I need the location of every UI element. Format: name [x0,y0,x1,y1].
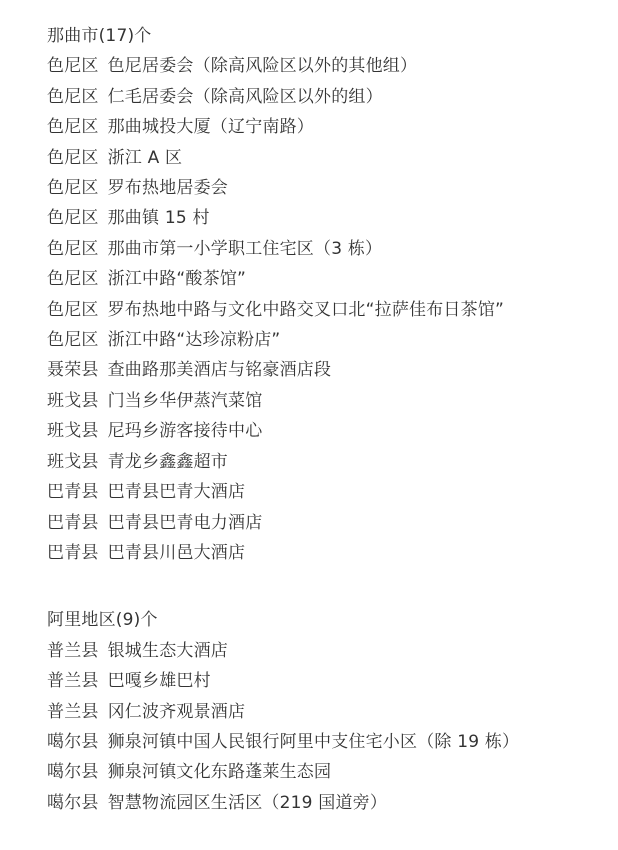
list-item: 色尼区那曲市第一小学职工住宅区（3 栋） [47,234,598,264]
location-list-ali: 普兰县银城生态大酒店普兰县巴嘎乡雄巴村普兰县冈仁波齐观景酒店噶尔县狮泉河镇中国人… [47,636,598,818]
list-item: 普兰县冈仁波齐观景酒店 [47,697,598,727]
place-label: 门当乡华伊蒸汽菜馆 [108,391,263,411]
section-naqu: 那曲市(17)个 色尼区色尼居委会（除高风险区以外的其他组）色尼区仁毛居委会（除… [47,21,598,568]
district-label: 色尼区 [47,87,99,107]
list-item: 班戈县青龙乡鑫鑫超市 [47,447,598,477]
place-label: 巴青县川邑大酒店 [108,543,246,563]
section-ali: 阿里地区(9)个 普兰县银城生态大酒店普兰县巴嘎乡雄巴村普兰县冈仁波齐观景酒店噶… [47,605,598,818]
district-label: 色尼区 [47,239,99,259]
place-label: 青龙乡鑫鑫超市 [108,452,228,472]
list-item: 巴青县巴青县川邑大酒店 [47,538,598,568]
document-page: 那曲市(17)个 色尼区色尼居委会（除高风险区以外的其他组）色尼区仁毛居委会（除… [0,0,618,850]
list-item: 噶尔县狮泉河镇文化东路蓬莱生态园 [47,757,598,787]
place-label: 罗布热地居委会 [108,178,228,198]
place-label: 智慧物流园区生活区（219 国道旁） [108,793,387,813]
list-item: 色尼区色尼居委会（除高风险区以外的其他组） [47,51,598,81]
place-label: 巴嘎乡雄巴村 [108,671,211,691]
place-label: 那曲市第一小学职工住宅区（3 栋） [108,239,383,259]
list-item: 巴青县巴青县巴青大酒店 [47,477,598,507]
district-label: 班戈县 [47,452,99,472]
place-label: 狮泉河镇文化东路蓬莱生态园 [108,762,332,782]
district-label: 巴青县 [47,543,99,563]
place-label: 浙江中路“酸茶馆” [108,269,246,289]
list-item: 色尼区浙江中路“达珍凉粉店” [47,325,598,355]
district-label: 普兰县 [47,702,99,722]
place-label: 冈仁波齐观景酒店 [108,702,246,722]
list-item: 色尼区浙江 A 区 [47,143,598,173]
district-label: 巴青县 [47,482,99,502]
place-label: 狮泉河镇中国人民银行阿里中支住宅小区（除 19 栋） [108,732,520,752]
district-label: 巴青县 [47,513,99,533]
place-label: 浙江中路“达珍凉粉店” [108,330,281,350]
section-title-naqu: 那曲市(17)个 [47,21,598,51]
place-label: 色尼居委会（除高风险区以外的其他组） [108,56,418,76]
list-item: 噶尔县智慧物流园区生活区（219 国道旁） [47,788,598,818]
district-label: 聂荣县 [47,360,99,380]
place-label: 仁毛居委会（除高风险区以外的组） [108,87,383,107]
list-item: 普兰县银城生态大酒店 [47,636,598,666]
location-list-naqu: 色尼区色尼居委会（除高风险区以外的其他组）色尼区仁毛居委会（除高风险区以外的组）… [47,51,598,568]
district-label: 色尼区 [47,208,99,228]
list-item: 色尼区那曲镇 15 村 [47,203,598,233]
district-label: 色尼区 [47,269,99,289]
district-label: 班戈县 [47,421,99,441]
district-label: 噶尔县 [47,762,99,782]
district-label: 色尼区 [47,117,99,137]
district-label: 色尼区 [47,178,99,198]
list-item: 班戈县尼玛乡游客接待中心 [47,416,598,446]
list-item: 色尼区罗布热地居委会 [47,173,598,203]
place-label: 罗布热地中路与文化中路交叉口北“拉萨佳布日茶馆” [108,300,504,320]
place-label: 尼玛乡游客接待中心 [108,421,263,441]
district-label: 噶尔县 [47,732,99,752]
list-item: 色尼区罗布热地中路与文化中路交叉口北“拉萨佳布日茶馆” [47,295,598,325]
list-item: 噶尔县狮泉河镇中国人民银行阿里中支住宅小区（除 19 栋） [47,727,598,757]
place-label: 浙江 A 区 [108,148,183,168]
place-label: 那曲城投大厦（辽宁南路） [108,117,314,137]
district-label: 班戈县 [47,391,99,411]
list-item: 聂荣县查曲路那美酒店与铭豪酒店段 [47,355,598,385]
place-label: 巴青县巴青电力酒店 [108,513,263,533]
place-label: 那曲镇 15 村 [108,208,210,228]
place-label: 查曲路那美酒店与铭豪酒店段 [108,360,332,380]
place-label: 巴青县巴青大酒店 [108,482,246,502]
district-label: 色尼区 [47,148,99,168]
list-item: 色尼区仁毛居委会（除高风险区以外的组） [47,82,598,112]
list-item: 色尼区浙江中路“酸茶馆” [47,264,598,294]
district-label: 普兰县 [47,641,99,661]
district-label: 色尼区 [47,300,99,320]
list-item: 巴青县巴青县巴青电力酒店 [47,508,598,538]
district-label: 色尼区 [47,56,99,76]
list-item: 班戈县门当乡华伊蒸汽菜馆 [47,386,598,416]
list-item: 色尼区那曲城投大厦（辽宁南路） [47,112,598,142]
list-item: 普兰县巴嘎乡雄巴村 [47,666,598,696]
section-title-ali: 阿里地区(9)个 [47,605,598,635]
district-label: 普兰县 [47,671,99,691]
place-label: 银城生态大酒店 [108,641,228,661]
district-label: 噶尔县 [47,793,99,813]
district-label: 色尼区 [47,330,99,350]
